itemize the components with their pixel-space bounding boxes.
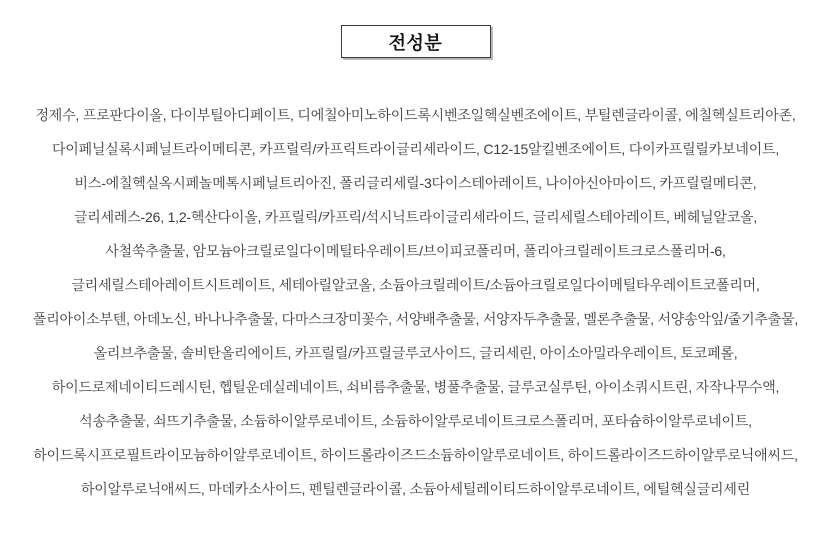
ingredient-line: 폴리아이소부텐, 아데노신, 바나나추출물, 다마스크장미꽃수, 서양배추출물,… [0,302,831,336]
ingredient-line: 글리세릴스테아레이트시트레이트, 세테아릴알코올, 소듐아크릴레이트/소듐아크릴… [0,268,831,302]
ingredient-line: 비스-에칠헥실옥시페놀메톡시페닐트리아진, 폴리글리세릴-3다이스테아레이트, … [0,166,831,200]
ingredient-line: 석송추출물, 쇠뜨기추출물, 소듐하이알루로네이트, 소듐하이알루로네이트크로스… [0,404,831,438]
ingredient-line: 글리세레스-26, 1,2-헥산다이올, 카프릴릭/카프릭/석시닉트라이글리세라… [0,200,831,234]
ingredient-line: 하이드록시프로필트라이모늄하이알루로네이트, 하이드롤라이즈드소듐하이알루로네이… [0,438,831,472]
section-title: 전성분 [389,29,443,55]
ingredient-line: 하이드로제네이티드레시틴, 헵틸운데실레네이트, 쇠비름추출물, 병풀추출물, … [0,370,831,404]
ingredient-line: 하이알루로닉애씨드, 마데카소사이드, 펜틸렌글라이콜, 소듐아세틸레이티드하이… [0,472,831,506]
ingredient-line: 사철쑥추출물, 암모늄아크릴로일다이메틸타우레이트/브이피코폴리머, 폴리아크릴… [0,234,831,268]
ingredient-list: 정제수, 프로판다이올, 다이부틸아디페이트, 디에칠아미노하이드록시벤조일헥실… [0,98,831,506]
section-title-box: 전성분 [341,25,491,58]
ingredient-line: 정제수, 프로판다이올, 다이부틸아디페이트, 디에칠아미노하이드록시벤조일헥실… [0,98,831,132]
ingredient-line: 다이페닐실록시페닐트라이메티콘, 카프릴릭/카프릭트라이글리세라이드, C12-… [0,132,831,166]
ingredient-line: 올리브추출물, 솔비탄올리에이트, 카프릴릴/카프릴글루코사이드, 글리세린, … [0,336,831,370]
ingredient-info-page: 전성분 정제수, 프로판다이올, 다이부틸아디페이트, 디에칠아미노하이드록시벤… [0,0,831,537]
